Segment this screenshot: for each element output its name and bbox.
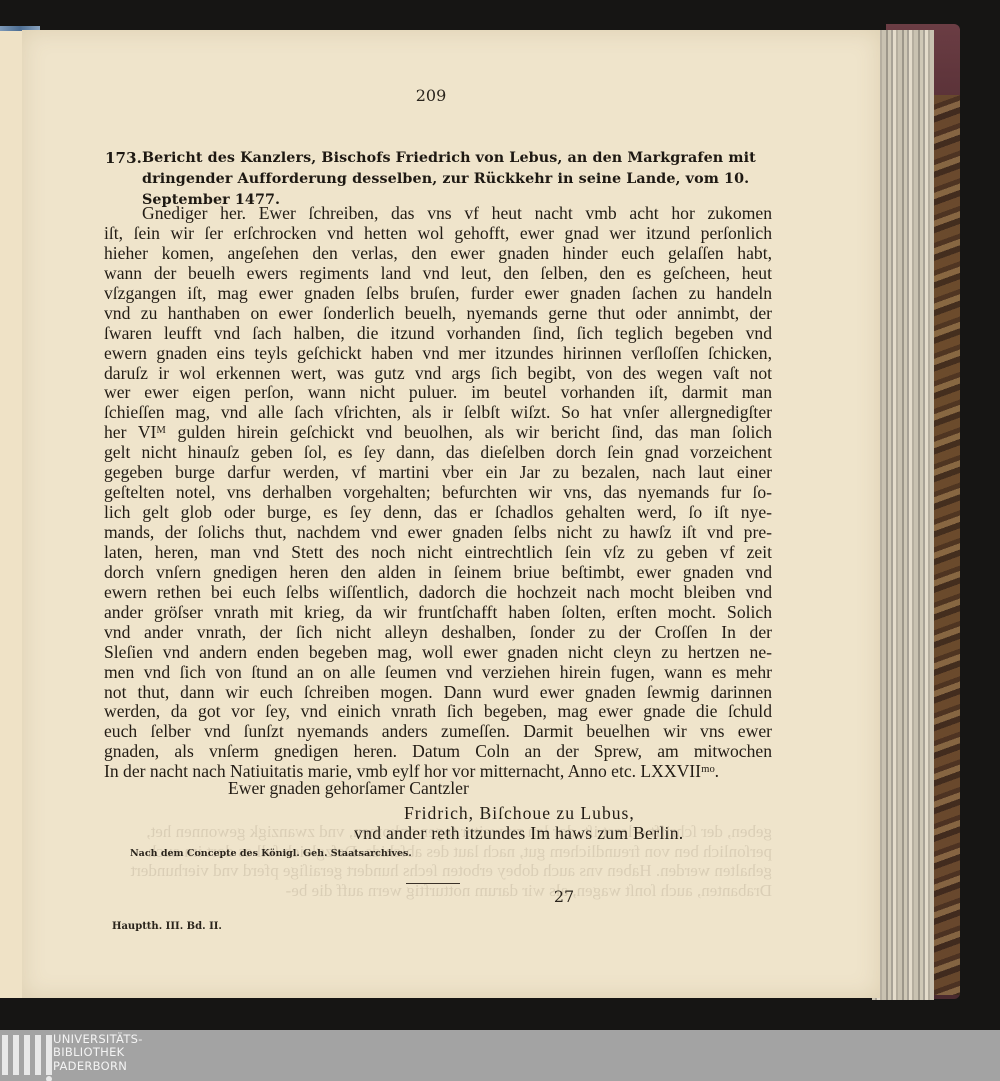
book-page: 209 173. Bericht des Kanzlers, Bischofs … bbox=[22, 30, 880, 998]
text-line: mands, der ſolichs thut, nachdem vnd ewe… bbox=[104, 523, 772, 543]
document-number: 173. bbox=[105, 148, 142, 169]
text-line: dorch vnſern gnedigen heren den alden in… bbox=[104, 563, 772, 583]
library-logo-icon bbox=[2, 1035, 52, 1078]
text-line: lich gelt glob oder burge, es ſey denn, … bbox=[104, 503, 772, 523]
text-line: men vnd ſich von ſtund an on alle ſeumen… bbox=[104, 663, 772, 683]
text-line: gelt nicht hinauſz geben ſol, es ſey dan… bbox=[104, 443, 772, 463]
text-line: Gnediger her. Ewer ſchreiben, das vns vf… bbox=[104, 204, 772, 224]
text-line: euch ſelber vnd ſunſzt nyemands anders z… bbox=[104, 722, 772, 742]
library-name-line3: PADERBORN bbox=[53, 1060, 143, 1073]
text-line: vnd ander vnrath, der ſich nicht alleyn … bbox=[104, 623, 772, 643]
library-name: UNIVERSITÄTS- BIBLIOTHEK PADERBORN bbox=[53, 1033, 143, 1073]
document-title: Bericht des Kanzlers, Bischofs Friedrich… bbox=[142, 148, 785, 211]
text-line: ewern rethen bei euch ſelbs wiſſentlich,… bbox=[104, 583, 772, 603]
text-line: ſchieſſen mag, vnd alle ſach vſrichten, … bbox=[104, 403, 772, 423]
document-heading: 173. Bericht des Kanzlers, Bischofs Frie… bbox=[105, 148, 785, 211]
text-line: iſt, ſein wir ſer erſchrocken vnd hetten… bbox=[104, 224, 772, 244]
text-line: wann der beuelh ewers regiments land vnd… bbox=[104, 264, 772, 284]
footer-volume: Hauptth. III. Bd. II. bbox=[112, 921, 222, 932]
marbled-cover-edge bbox=[934, 95, 960, 995]
page-stack-edges bbox=[872, 30, 934, 1000]
letter-body: Gnediger her. Ewer ſchreiben, das vns vf… bbox=[104, 204, 772, 782]
text-line: Sleſien vnd andern enden begeben mag, wo… bbox=[104, 643, 772, 663]
text-line: daruſz ir wol erkennen wert, was gutz vn… bbox=[104, 364, 772, 384]
text-line: hieher komen, angeſehen den verlas, den … bbox=[104, 244, 772, 264]
text-line: not thut, dann wir euch ſchreiben mogen.… bbox=[104, 683, 772, 703]
text-line: vſzgangen iſt, mag ewer gnaden ſelbs bru… bbox=[104, 284, 772, 304]
text-line: ſwaren leufft vnd ſach halben, die itzun… bbox=[104, 324, 772, 344]
section-divider bbox=[406, 883, 460, 884]
text-line: vnd zu hanthaben on ewer ſonderlich beue… bbox=[104, 304, 772, 324]
library-watermark: UNIVERSITÄTS- BIBLIOTHEK PADERBORN bbox=[0, 1030, 1000, 1081]
text-line: geſtelten notel, vns derhalben vorgehalt… bbox=[104, 483, 772, 503]
closing-signature: Fridrich, Biſchoue zu Lubus, bbox=[404, 803, 635, 824]
left-page-edge bbox=[0, 28, 24, 998]
library-name-line2: BIBLIOTHEK bbox=[53, 1046, 143, 1059]
text-line: wer ewer eigen perſon, wann nicht puluer… bbox=[104, 383, 772, 403]
page-number: 209 bbox=[22, 86, 840, 105]
text-line: gegeben burge darfur werden, vf martini … bbox=[104, 463, 772, 483]
footer-signature-mark: 27 bbox=[0, 887, 1000, 906]
scan-background: 209 173. Bericht des Kanzlers, Bischofs … bbox=[0, 0, 1000, 1030]
text-line: ewern gnaden eins teyls geſchickt haben … bbox=[104, 344, 772, 364]
text-line: laten, heren, man vnd Stett des noch nic… bbox=[104, 543, 772, 563]
text-line: ander gröſser vnrath mit krieg, da wir f… bbox=[104, 603, 772, 623]
closing-salutation: Ewer gnaden gehorſamer Cantzler bbox=[228, 778, 469, 799]
closing-cosigners: vnd ander reth itzundes Im haws zum Berl… bbox=[354, 823, 684, 844]
source-note: Nach dem Concepte des Königl. Geh. Staat… bbox=[130, 848, 412, 859]
text-line: her VIᴹ gulden hirein geſchickt vnd beuo… bbox=[104, 423, 772, 443]
text-line: werden, da got vor ſey, vnd einich vnrat… bbox=[104, 702, 772, 722]
text-line: gnaden, als vnſerm gnedigen heren. Datum… bbox=[104, 742, 772, 762]
library-name-line1: UNIVERSITÄTS- bbox=[53, 1033, 143, 1046]
